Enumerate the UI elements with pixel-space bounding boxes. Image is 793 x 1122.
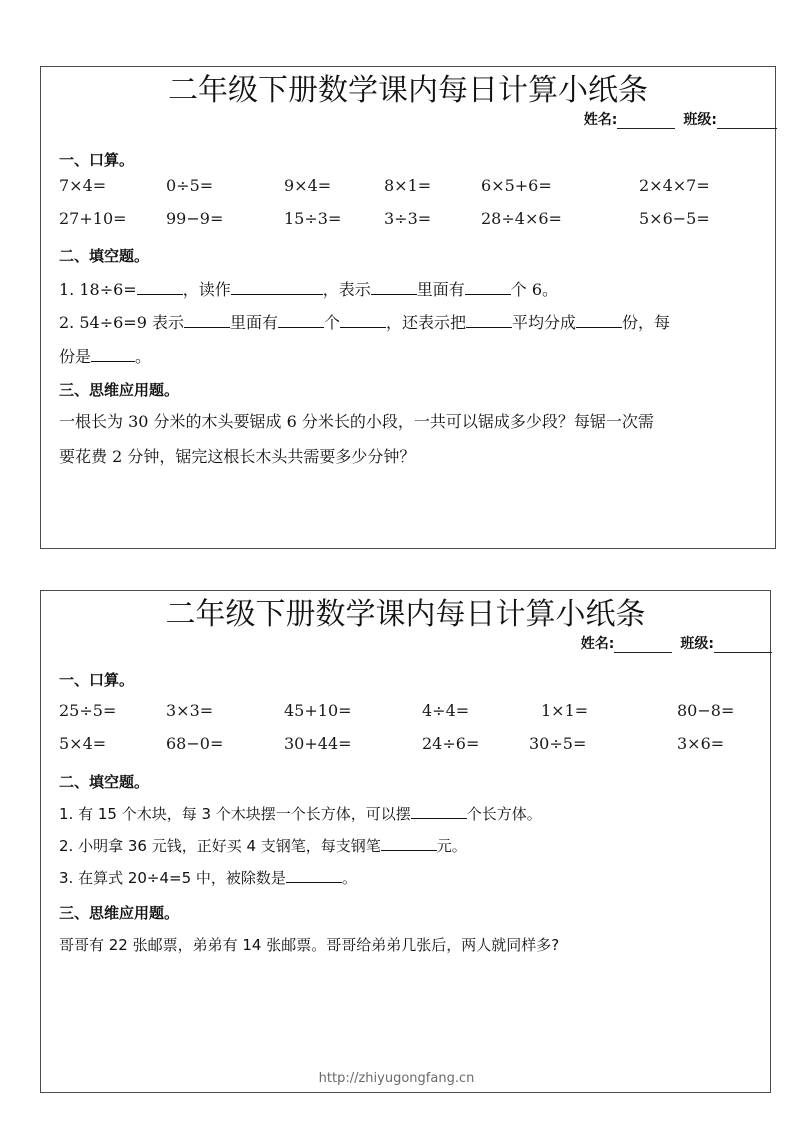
oral-item: 25÷5= — [59, 701, 116, 720]
name-label: 姓名: — [584, 109, 618, 129]
answer-blank[interactable] — [371, 280, 417, 295]
oral-item: 8×1= — [384, 176, 431, 195]
oral-item: 9×4= — [284, 176, 331, 195]
answer-blank[interactable] — [91, 347, 135, 362]
answer-blank[interactable] — [411, 804, 467, 819]
section-heading-fill-blank: 二、填空题。 — [59, 771, 149, 792]
name-label: 姓名: — [581, 633, 615, 653]
word-problem-line: 要花费 2 分钟，锯完这根长木头共需要多少分钟？ — [59, 444, 415, 467]
fill-question-2-cont: 份是。 — [59, 344, 151, 367]
answer-blank[interactable] — [231, 280, 323, 295]
fill-question-1: 1. 有 15 个木块，每 3 个木块摆一个长方体，可以摆个长方体。 — [59, 803, 542, 824]
section-heading-fill-blank: 二、填空题。 — [59, 245, 149, 266]
oral-row: 7×4= 0÷5= 9×4= 8×1= 6×5+6= 2×4×7= — [59, 176, 775, 200]
class-label: 班级: — [683, 109, 717, 129]
oral-item: 30÷5= — [529, 734, 586, 753]
oral-item: 24÷6= — [422, 734, 479, 753]
oral-item: 80−8= — [677, 701, 734, 720]
class-label: 班级: — [680, 633, 714, 653]
worksheet-2: 二年级下册数学课内每日计算小纸条 姓名: 班级: 一、口算。 25÷5= 3×3… — [40, 590, 771, 1093]
oral-row: 27+10= 99−9= 15÷3= 3÷3= 28÷4×6= 5×6−5= — [59, 209, 775, 233]
section-heading-oral: 一、口算。 — [59, 669, 134, 690]
oral-item: 7×4= — [59, 176, 106, 195]
section-heading-word-problem: 三、思维应用题。 — [59, 379, 179, 400]
oral-item: 4÷4= — [422, 701, 469, 720]
answer-blank[interactable] — [286, 868, 342, 883]
answer-blank[interactable] — [381, 836, 437, 851]
worksheet-title: 二年级下册数学课内每日计算小纸条 — [41, 589, 770, 633]
word-problem-line: 哥哥有 22 张邮票，弟弟有 14 张邮票。哥哥给弟弟几张后，两人就同样多? — [59, 934, 559, 955]
student-info: 姓名: 班级: — [584, 109, 777, 129]
answer-blank[interactable] — [466, 313, 512, 328]
section-heading-oral: 一、口算。 — [59, 149, 134, 170]
oral-item: 5×4= — [59, 734, 106, 753]
answer-blank[interactable] — [340, 313, 386, 328]
name-blank[interactable] — [617, 114, 675, 129]
class-blank[interactable] — [714, 638, 772, 653]
oral-item: 3÷3= — [384, 209, 431, 228]
oral-item: 27+10= — [59, 209, 127, 228]
section-heading-word-problem: 三、思维应用题。 — [59, 902, 179, 923]
student-info: 姓名: 班级: — [581, 633, 772, 653]
oral-item: 3×3= — [166, 701, 213, 720]
oral-item: 68−0= — [166, 734, 223, 753]
worksheet-1: 二年级下册数学课内每日计算小纸条 姓名: 班级: 一、口算。 7×4= 0÷5=… — [40, 66, 776, 549]
oral-item: 0÷5= — [166, 176, 213, 195]
oral-item: 6×5+6= — [481, 176, 552, 195]
answer-blank[interactable] — [137, 280, 183, 295]
answer-blank[interactable] — [576, 313, 622, 328]
oral-item: 2×4×7= — [639, 176, 710, 195]
fill-question-1: 1. 18÷6=，读作，表示里面有个 6。 — [59, 277, 558, 300]
word-problem-line: 一根长为 30 分米的木头要锯成 6 分米长的小段，一共可以锯成多少段？每锯一次… — [59, 409, 654, 432]
oral-item: 1×1= — [541, 701, 588, 720]
fill-question-2: 2. 54÷6=9 表示里面有个，还表示把平均分成份，每 — [59, 310, 670, 333]
oral-item: 28÷4×6= — [481, 209, 562, 228]
oral-item: 3×6= — [677, 734, 724, 753]
oral-row: 5×4= 68−0= 30+44= 24÷6= 30÷5= 3×6= — [59, 734, 770, 758]
worksheet-title: 二年级下册数学课内每日计算小纸条 — [41, 65, 775, 109]
class-blank[interactable] — [717, 114, 777, 129]
oral-item: 99−9= — [166, 209, 223, 228]
oral-item: 45+10= — [284, 701, 352, 720]
fill-question-2: 2. 小明拿 36 元钱，正好买 4 支钢笔，每支钢笔元。 — [59, 835, 467, 856]
watermark-url: http://zhiyugongfang.cn — [0, 1071, 793, 1086]
answer-blank[interactable] — [184, 313, 230, 328]
fill-question-3: 3. 在算式 20÷4=5 中，被除数是。 — [59, 867, 357, 888]
answer-blank[interactable] — [465, 280, 511, 295]
oral-item: 5×6−5= — [639, 209, 710, 228]
oral-item: 15÷3= — [284, 209, 341, 228]
oral-row: 25÷5= 3×3= 45+10= 4÷4= 1×1= 80−8= — [59, 701, 770, 725]
name-blank[interactable] — [614, 638, 672, 653]
oral-item: 30+44= — [284, 734, 352, 753]
answer-blank[interactable] — [278, 313, 324, 328]
